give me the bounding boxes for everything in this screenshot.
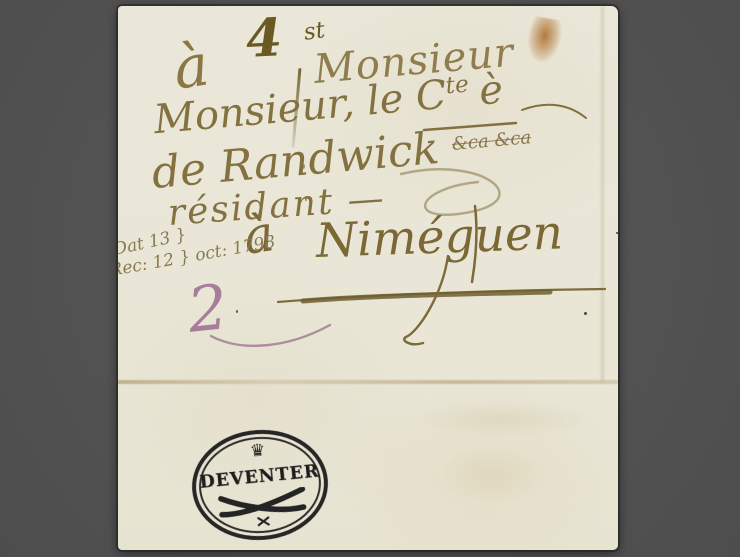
faint-stain [438, 444, 548, 504]
ink-speck [616, 232, 618, 234]
rate-marking-unit: st [302, 19, 326, 45]
rate-marking-value: 4 [245, 12, 284, 66]
horizontal-fold-crease [118, 380, 618, 384]
postmark-deventer: ♛ DEVENTER [188, 425, 331, 544]
address-line-2-accent: è [477, 67, 505, 115]
address-line-2-superscript: te [444, 70, 469, 99]
address-destination-city: Niméguen [315, 209, 563, 265]
letter-paper: à 4 st Monsieur Monsieur, le Cteè de Ran… [118, 6, 618, 550]
photo-background: à 4 st Monsieur Monsieur, le Cteè de Ran… [0, 0, 740, 557]
ink-speck [236, 310, 238, 313]
ink-speck [584, 312, 587, 315]
address-intro: à [170, 35, 212, 97]
crossed-branches-icon [212, 487, 310, 532]
vertical-fold-shadow [601, 6, 604, 382]
rust-stain [524, 16, 563, 65]
show-through-smudge [418, 402, 588, 436]
charge-marking: 2 [185, 276, 231, 342]
honorific-etceteras: &ca &ca [451, 129, 532, 154]
